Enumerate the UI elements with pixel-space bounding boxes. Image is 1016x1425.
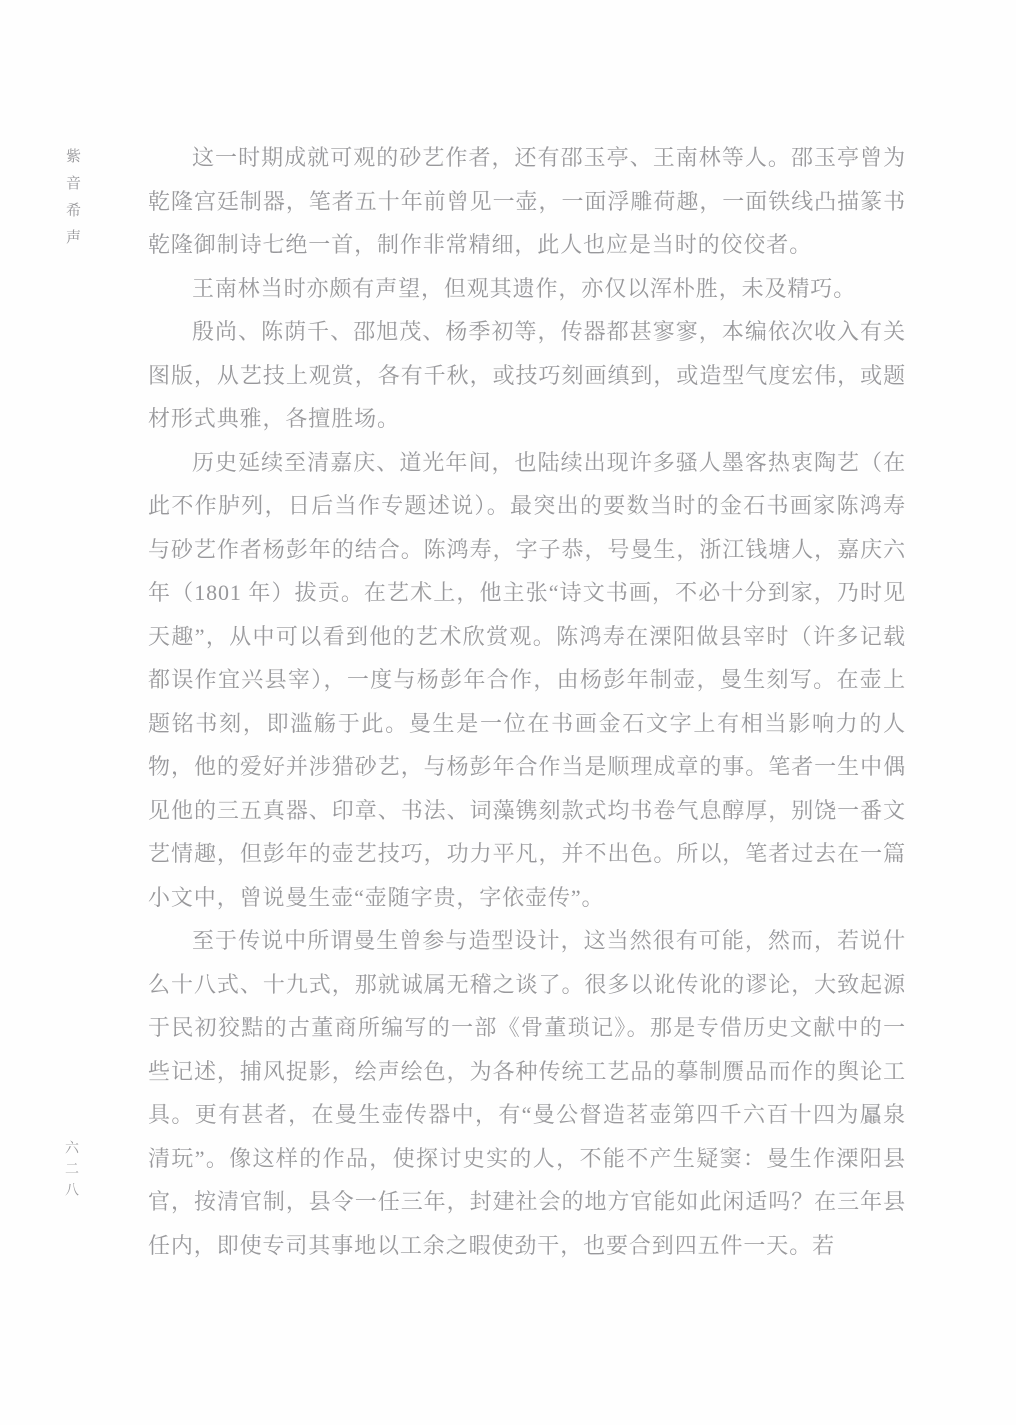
book-title-vertical: 紫音希声 (62, 148, 83, 256)
page-number-vertical: 六二八 (60, 1140, 80, 1203)
paragraph-5: 至于传说中所谓曼生曾参与造型设计，这当然很有可能，然而，若说什么十八式、十九式，… (148, 919, 906, 1267)
paragraph-1: 这一时期成就可观的砂艺作者，还有邵玉亭、王南林等人。邵玉亭曾为乾隆宫廷制器，笔者… (148, 136, 906, 267)
paragraph-3: 殷尚、陈荫千、邵旭茂、杨季初等，传器都甚寥寥，本编依次收入有关图版，从艺技上观赏… (148, 310, 906, 441)
paragraph-2: 王南林当时亦颇有声望，但观其遗作，亦仅以浑朴胜，未及精巧。 (148, 267, 906, 311)
main-text-block: 这一时期成就可观的砂艺作者，还有邵玉亭、王南林等人。邵玉亭曾为乾隆宫廷制器，笔者… (148, 136, 906, 1267)
paragraph-4: 历史延续至清嘉庆、道光年间，也陆续出现许多骚人墨客热衷陶艺（在此不作胪列，日后当… (148, 441, 906, 920)
book-page: 紫音希声 六二八 这一时期成就可观的砂艺作者，还有邵玉亭、王南林等人。邵玉亭曾为… (0, 0, 1016, 1425)
